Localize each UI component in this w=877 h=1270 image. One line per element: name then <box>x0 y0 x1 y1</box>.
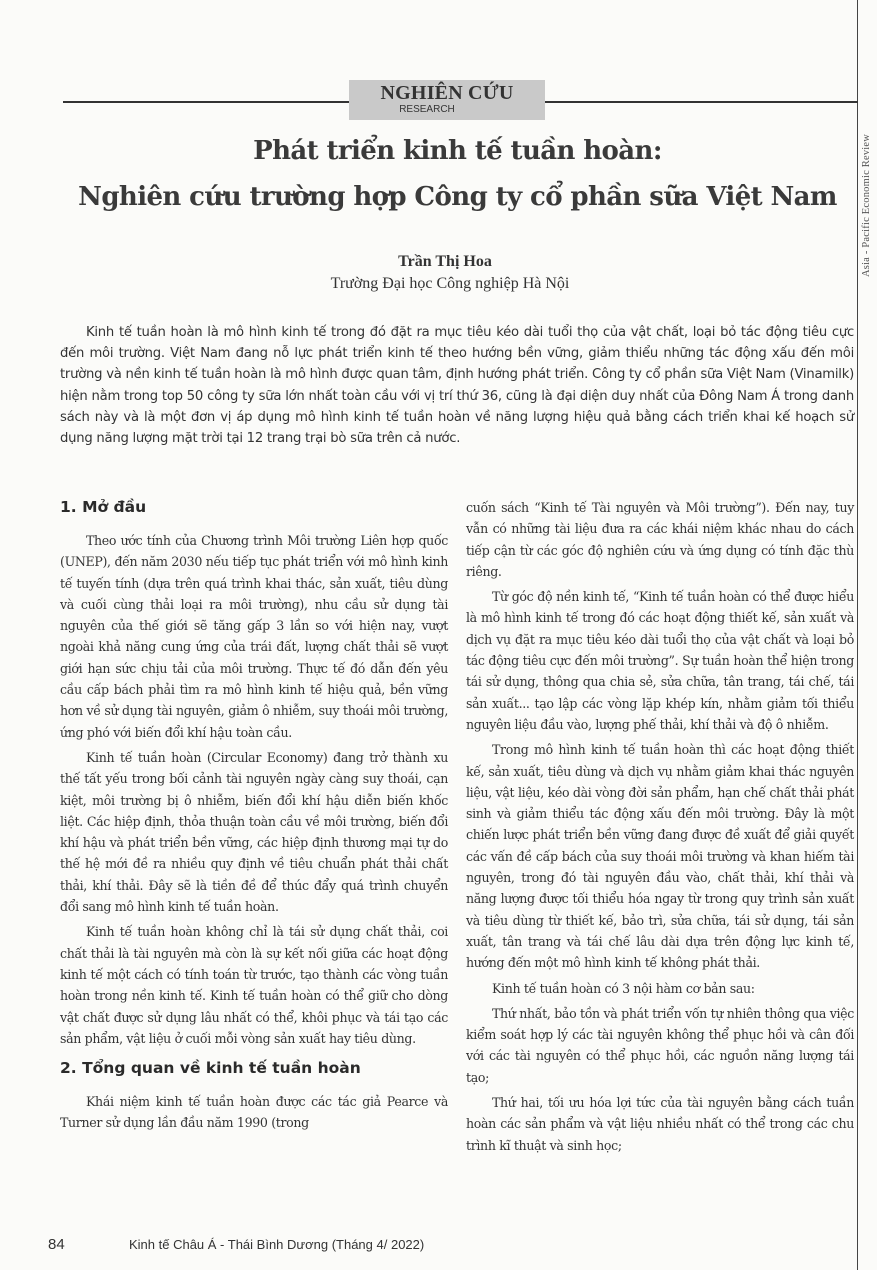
section-heading-intro: 1. Mở đầu <box>60 496 448 518</box>
paragraph: Trong mô hình kinh tế tuần hoàn thì các … <box>466 739 854 973</box>
paragraph: Kinh tế tuần hoàn không chỉ là tái sử dụ… <box>60 921 448 1049</box>
section-label-vi: NGHIÊN CỨU <box>349 82 545 104</box>
section-label-en: RESEARCH <box>309 104 545 116</box>
article-title: Phát triển kinh tế tuần hoàn: Nghiên cứu… <box>60 128 855 220</box>
paragraph: Thứ hai, tối ưu hóa lợi tức của tài nguy… <box>466 1092 854 1156</box>
paragraph: Thứ nhất, bảo tồn và phát triển vốn tự n… <box>466 1003 854 1088</box>
author-name: Trần Thị Hoa <box>260 253 630 271</box>
journal-name: Kinh tế Châu Á - Thái Bình Dương (Tháng … <box>129 1237 424 1252</box>
paragraph: Từ góc độ nền kinh tế, “Kinh tế tuần hoà… <box>466 586 854 735</box>
paragraph: Kinh tế tuần hoàn có 3 nội hàm cơ bản sa… <box>466 978 854 999</box>
paragraph: Theo ước tính của Chương trình Môi trườn… <box>60 530 448 743</box>
page-number: 84 <box>48 1236 65 1253</box>
title-line-2: Nghiên cứu trường hợp Công ty cổ phần sữ… <box>60 174 855 220</box>
paragraph: Khái niệm kinh tế tuần hoàn được các tác… <box>60 1091 448 1134</box>
author-affiliation: Trường Đại học Công nghiệp Hà Nội <box>230 275 670 293</box>
running-title-vertical: Asia - Pacific Economic Review <box>861 110 877 300</box>
section-heading-overview: 2. Tổng quan về kinh tế tuần hoàn <box>60 1057 448 1079</box>
paragraph: cuốn sách “Kinh tế Tài nguyên và Môi trư… <box>466 497 854 582</box>
paragraph: Kinh tế tuần hoàn (Circular Economy) đan… <box>60 747 448 917</box>
title-line-1: Phát triển kinh tế tuần hoàn: <box>60 128 855 174</box>
margin-vertical-rule <box>857 0 858 1270</box>
section-tag: NGHIÊN CỨU RESEARCH <box>349 80 545 120</box>
left-column: 1. Mở đầu Theo ước tính của Chương trình… <box>60 496 448 1138</box>
right-column: cuốn sách “Kinh tế Tài nguyên và Môi trư… <box>466 497 854 1160</box>
abstract: Kinh tế tuần hoàn là mô hình kinh tế tro… <box>60 322 854 449</box>
